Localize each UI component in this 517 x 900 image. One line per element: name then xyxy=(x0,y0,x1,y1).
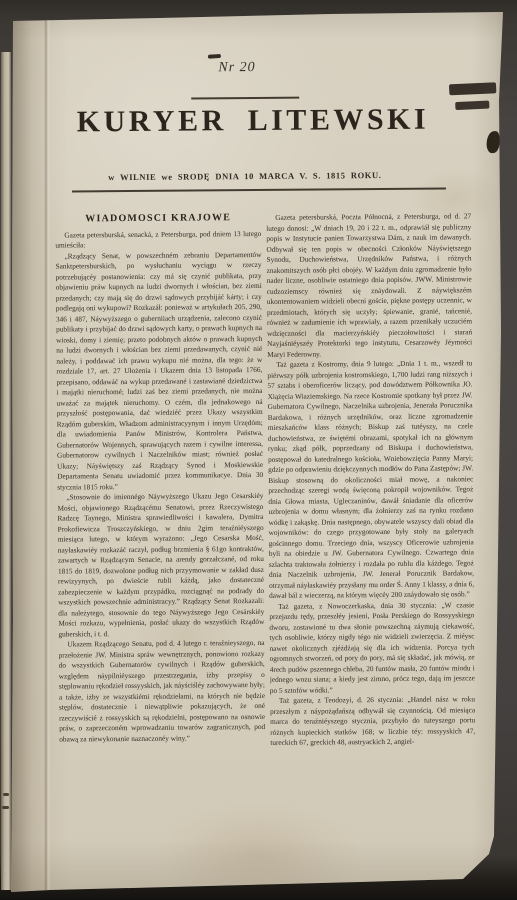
rule-under-issue-number xyxy=(191,97,299,100)
masthead-title: KURYER LITEWSKI xyxy=(25,102,480,140)
dateline: w WILNIE we SRODĘ DNIA 10 MARCA V. S. 18… xyxy=(45,170,445,183)
article-paragraph: Taż gazeta z Kostromy, dnia 9 lutego: „D… xyxy=(267,358,474,601)
article-paragraph: Taż gazeta, z Teodozyi, d. 26 stycznia: … xyxy=(270,694,475,748)
article-paragraph: Ukazem Rządzącego Senatu, pod d. 4 luteg… xyxy=(58,638,265,745)
article-paragraph: Gazeta petersburská, Poczta Północná, z … xyxy=(266,211,472,360)
page-content: Nr 20 KURYER LITEWSKI w WILNIE we SRODĘ … xyxy=(0,0,517,900)
article-paragraph: „Stosownie do imiennégo Náywyższego Ukaz… xyxy=(57,491,264,640)
article-paragraph: Gazeta petersburská, senacká, z Petersbu… xyxy=(55,228,261,251)
ink-blot xyxy=(487,131,500,153)
ink-bar-mark xyxy=(455,101,489,110)
right-column: Gazeta petersburská, Poczta Północná, z … xyxy=(266,211,476,811)
ink-smudge xyxy=(208,54,221,59)
left-column: WIADOMOSCI KRAJOWE Gazeta petersburská, … xyxy=(55,213,266,813)
newspaper-scan: Nr 20 KURYER LITEWSKI w WILNIE we SRODĘ … xyxy=(0,0,517,900)
article-paragraph: Taż gazeta, z Nowoczerkaska, dnia 30 sty… xyxy=(269,600,475,696)
section-heading-domestic-news: WIADOMOSCI KRAJOWE xyxy=(55,213,261,225)
rule-under-dateline xyxy=(72,188,446,193)
article-paragraph: „Rządzący Senat, w powszechném zebraniu … xyxy=(55,249,263,492)
ink-bar-mark xyxy=(449,82,496,95)
issue-number: Nr 20 xyxy=(137,59,337,77)
